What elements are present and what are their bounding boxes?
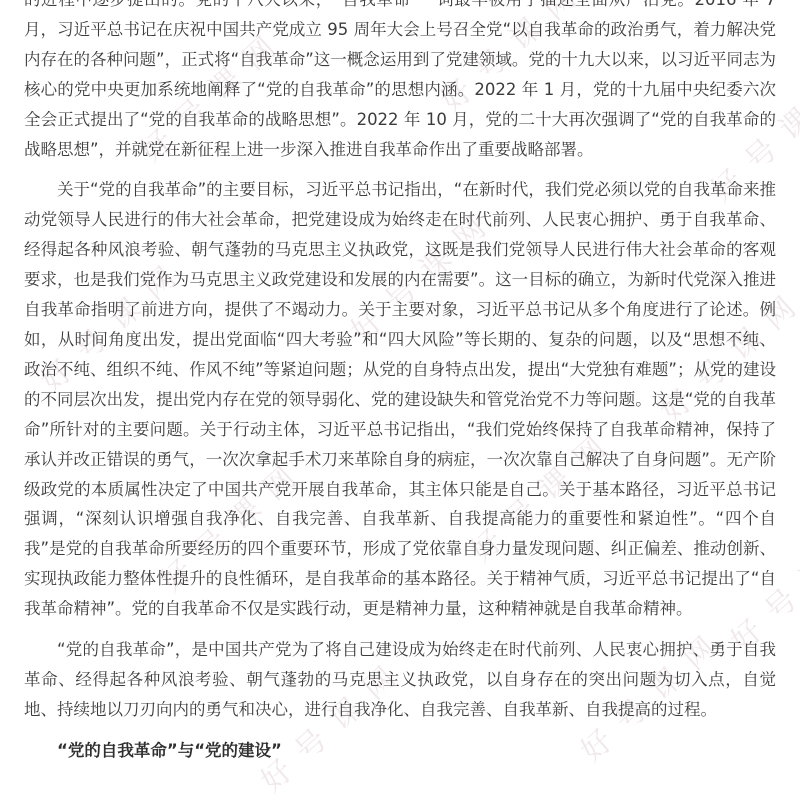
section-heading: “党的自我革命”与“党的建设” (24, 736, 776, 766)
paragraph-main-goals: 关于“党的自我革命”的主要目标，习近平总书记指出，“在新时代，我们党必须以党的自… (24, 175, 776, 624)
paragraph-history: 的进程中逐步提出的。党的十八大以来，“自我革命”一词最早被用于描述全面从严治党。… (24, 0, 776, 164)
paragraph-definition: “党的自我革命”，是中国共产党为了将自己建设成为始终走在时代前列、人民衷心拥护、… (24, 635, 776, 725)
document-body: 的进程中逐步提出的。党的十八大以来，“自我革命”一词最早被用于描述全面从严治党。… (0, 0, 800, 766)
document-page: 好号课网 好号课网 好号课网 好号课网 好号课网 好号课网 好号课网 好号课网 … (0, 0, 800, 800)
